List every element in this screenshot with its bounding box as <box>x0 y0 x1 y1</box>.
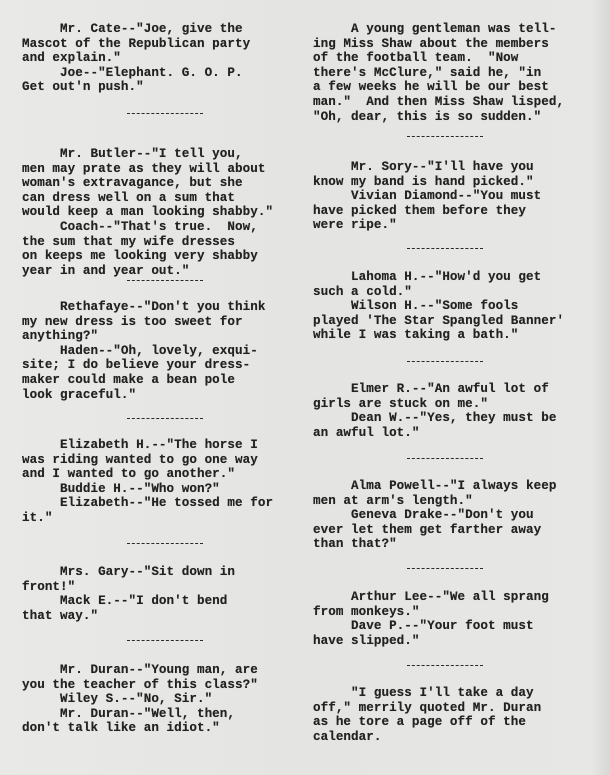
divider <box>127 113 203 114</box>
joke-butler-coach: Mr. Butler--"I tell you, men may prate a… <box>22 147 273 278</box>
typewritten-page: Mr. Cate--"Joe, give the Mascot of the R… <box>0 0 610 775</box>
joke-shaw-mcclure: A young gentleman was tell- ing Miss Sha… <box>313 22 564 124</box>
divider <box>407 248 483 249</box>
divider <box>407 665 483 666</box>
joke-cate-joe: Mr. Cate--"Joe, give the Mascot of the R… <box>22 22 250 95</box>
divider <box>407 458 483 459</box>
joke-rethafaye-haden: Rethafaye--"Don't you think my new dress… <box>22 300 265 402</box>
joke-lee-dave: Arthur Lee--"We all sprang from monkeys.… <box>313 590 549 648</box>
divider <box>407 361 483 362</box>
joke-elmer-dean: Elmer R.--"An awful lot of girls are stu… <box>313 382 556 440</box>
joke-gary-mack: Mrs. Gary--"Sit down in front!" Mack E.-… <box>22 565 235 623</box>
joke-elizabeth-buddie: Elizabeth H.--"The horse I was riding wa… <box>22 438 273 526</box>
divider <box>127 418 203 419</box>
joke-powell-drake: Alma Powell--"I always keep men at arm's… <box>313 479 556 552</box>
divider <box>407 568 483 569</box>
divider <box>127 280 203 281</box>
joke-duran-calendar: "I guess I'll take a day off," merrily q… <box>313 686 541 744</box>
joke-duran-wiley: Mr. Duran--"Young man, are you the teach… <box>22 663 258 736</box>
divider <box>407 136 483 137</box>
divider <box>127 543 203 544</box>
divider <box>127 640 203 641</box>
joke-lahoma-wilson: Lahoma H.--"How'd you get such a cold." … <box>313 270 564 343</box>
joke-sory-diamond: Mr. Sory--"I'll have you know my band is… <box>313 160 541 233</box>
